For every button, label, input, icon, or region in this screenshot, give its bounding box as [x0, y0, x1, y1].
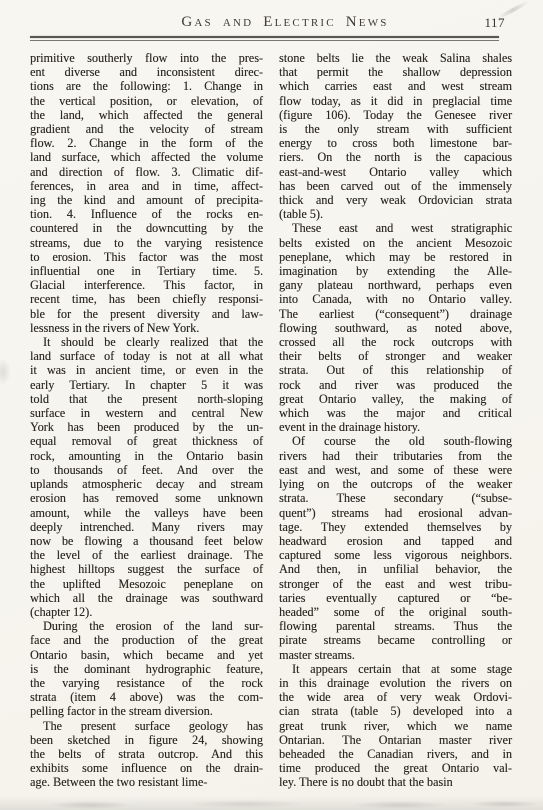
text-line: the vertical position, or elevation, of — [30, 94, 263, 108]
text-line: ent diverse and inconsistent direc- — [30, 65, 263, 79]
text-line: peneplane, which may be restored in — [279, 250, 512, 264]
paragraph: It should be clearly realized that thela… — [30, 335, 263, 619]
text-line: now be flowing a thousand feet below — [30, 534, 263, 548]
text-line: land surface of today is not at all what — [30, 349, 263, 363]
text-line: quent”) streams had erosional advan- — [279, 506, 512, 520]
text-line: ble for the present diversity and law- — [30, 307, 263, 321]
text-line: And then, in unfilial behavior, the — [279, 562, 512, 576]
text-line: thick and very weak Ordovician strata — [279, 193, 512, 207]
text-line: the wide area of very weak Ordovi- — [279, 690, 512, 704]
text-line: rock and river was produced the — [279, 378, 512, 392]
text-line: great Ontario valley, the making of — [279, 392, 512, 406]
text-line: the varying resistance of the rock — [30, 676, 263, 690]
left-column: primitive southerly flow into the pres-e… — [30, 51, 263, 790]
text-line: event in the drainage history. — [279, 420, 512, 434]
text-line: into Canada, with no Ontario valley. — [279, 292, 512, 306]
text-line: east and west, and some of these were — [279, 463, 512, 477]
text-line: is the dominant hydrographic feature, — [30, 662, 263, 676]
paragraph: During the erosion of the land sur-face … — [30, 619, 263, 718]
text-line: rivers had their tributaries from the — [279, 449, 512, 463]
paragraph: primitive southerly flow into the pres-e… — [30, 51, 263, 335]
right-column: stone belts lie the weak Salina shalesth… — [279, 51, 512, 790]
text-line: The earliest (“consequent”) drainage — [279, 307, 512, 321]
paragraph: The present surface geology hasbeen sket… — [30, 719, 263, 790]
text-line: erosion has removed some unknown — [30, 491, 263, 505]
text-line: great trunk river, which we name — [279, 719, 512, 733]
text-line: been sketched in figure 24, showing — [30, 733, 263, 747]
text-line: the uplifted Mesozoic peneplane on — [30, 577, 263, 591]
text-line: equal removal of great thickness of — [30, 434, 263, 448]
paragraph: stone belts lie the weak Salina shalesth… — [279, 51, 512, 221]
text-line: pelling factor in the stream diversion. — [30, 704, 263, 718]
text-line: has been carved out of the immensely — [279, 179, 512, 193]
text-line: ing the kind and amount of precipita- — [30, 193, 263, 207]
text-line: The present surface geology has — [30, 719, 263, 733]
text-line: is the only stream with sufficient — [279, 122, 512, 136]
text-line: surface in western and central New — [30, 406, 263, 420]
text-line: countered in the downcutting by the — [30, 221, 263, 235]
text-line: strata. Out of this relationship of — [279, 363, 512, 377]
text-line: strata (item 4 above) was the com- — [30, 690, 263, 704]
text-line: which carries east and west stream — [279, 79, 512, 93]
text-line: gany plateau northward, perhaps even — [279, 278, 512, 292]
text-line: it was in ancient time, or even in the — [30, 363, 263, 377]
text-line: early Tertiary. In chapter 5 it was — [30, 378, 263, 392]
text-line: lying on the outcrops of the weaker — [279, 477, 512, 491]
text-line: Ontarian. The Ontarian master river — [279, 733, 512, 747]
paragraph: These east and west stratigraphicbelts e… — [279, 221, 512, 434]
text-line: that permit the shallow depression — [279, 65, 512, 79]
text-line: which all the drainage was southward — [30, 591, 263, 605]
text-line: east-and-west Ontario valley which — [279, 165, 512, 179]
text-line: York has been produced by the un- — [30, 420, 263, 434]
text-line: flowing southward, as noted above, — [279, 321, 512, 335]
text-line: their belts of stronger and weaker — [279, 349, 512, 363]
text-line: flowing parental streams. Thus the — [279, 619, 512, 633]
text-line: Glacial interference. This factor, in — [30, 278, 263, 292]
text-line: cian strata (table 5) developed into a — [279, 704, 512, 718]
text-line: rock, amounting in the Ontario basin — [30, 449, 263, 463]
text-line: flow today, as it did in preglacial time — [279, 94, 512, 108]
text-line: face and the production of the great — [30, 633, 263, 647]
text-line: master streams. — [279, 648, 512, 662]
text-line: (chapter 12). — [30, 605, 263, 619]
text-line: primitive southerly flow into the pres- — [30, 51, 263, 65]
text-line: pirate streams became controlling or — [279, 633, 512, 647]
header-rule-thin-line — [30, 40, 499, 41]
text-line: (figure 106). Today the Genesee river — [279, 108, 512, 122]
text-line: It appears certain that at some stage — [279, 662, 512, 676]
scanned-page: Gas and Electric News 117 primitive sout… — [0, 0, 543, 810]
text-line: headed” some of the original south- — [279, 605, 512, 619]
text-line: (table 5). — [279, 207, 512, 221]
journal-title: Gas and Electric News — [181, 14, 388, 31]
text-line: Ontario basin, which became and yet — [30, 648, 263, 662]
text-columns: primitive southerly flow into the pres-e… — [30, 51, 512, 790]
text-line: imagination by extending the Alle- — [279, 264, 512, 278]
text-line: streams, due to the varying resistence — [30, 236, 263, 250]
text-line: lessness in the rivers of New York. — [30, 321, 263, 335]
text-line: uplands atmospheric decay and stream — [30, 477, 263, 491]
text-line: amount, while the valleys have been — [30, 506, 263, 520]
scan-artifact-band — [0, 796, 543, 810]
text-line: and direction of flow. 3. Climatic dif- — [30, 165, 263, 179]
text-line: headward erosion and tapped and — [279, 534, 512, 548]
text-line: energy to cross both limestone bar- — [279, 136, 512, 150]
text-line: Of course the old south-flowing — [279, 434, 512, 448]
text-line: to thousands of feet. And over the — [30, 463, 263, 477]
text-line: age. Between the two resistant lime- — [30, 775, 263, 789]
text-line: crossed all the rock outcrops with — [279, 335, 512, 349]
header-rule — [30, 36, 499, 41]
text-line: told that the present north-sloping — [30, 392, 263, 406]
text-line: flow. 2. Change in the form of the — [30, 136, 263, 150]
text-line: which was the major and critical — [279, 406, 512, 420]
text-line: It should be clearly realized that the — [30, 335, 263, 349]
text-line: tage. They extended themselves by — [279, 520, 512, 534]
text-line: the level of the earliest drainage. The — [30, 548, 263, 562]
paragraph: It appears certain that at some stagein … — [279, 662, 512, 790]
scan-smudge-top-right — [496, 0, 530, 20]
text-line: stronger of the east and west tribu- — [279, 577, 512, 591]
text-line: These east and west stratigraphic — [279, 221, 512, 235]
text-line: influential one in Tertiary time. 5. — [30, 264, 263, 278]
text-line: During the erosion of the land sur- — [30, 619, 263, 633]
text-line: strata. These secondary (“subse- — [279, 491, 512, 505]
paragraph: Of course the old south-flowingrivers ha… — [279, 434, 512, 661]
text-line: ferences, in area and in time, affect- — [30, 179, 263, 193]
text-line: stone belts lie the weak Salina shales — [279, 51, 512, 65]
text-line: time produced the great Ontario val- — [279, 761, 512, 775]
text-line: gradient and the velocity of stream — [30, 122, 263, 136]
text-line: in this drainage evolution the rivers on — [279, 676, 512, 690]
text-line: land surface, which affected the volume — [30, 150, 263, 164]
text-line: exhibits some influence on the drain- — [30, 761, 263, 775]
text-line: to erosion. This factor was the most — [30, 250, 263, 264]
text-line: recent time, has been chiefly responsi- — [30, 292, 263, 306]
text-line: highest hilltops suggest the surface of — [30, 562, 263, 576]
text-line: the land, which affected the general — [30, 108, 263, 122]
text-line: taries eventually captured or “be- — [279, 591, 512, 605]
text-line: riers. On the north is the capacious — [279, 150, 512, 164]
text-line: the belts of strata outcrop. And this — [30, 747, 263, 761]
text-line: tion. 4. Influence of the rocks en- — [30, 207, 263, 221]
text-line: ley. There is no doubt that the basin — [279, 775, 512, 789]
text-line: beheaded the Canadian rivers, and in — [279, 747, 512, 761]
text-line: tions are the following: 1. Change in — [30, 79, 263, 93]
scan-smudge-left-edge — [0, 358, 11, 386]
text-line: belts existed on the ancient Mesozoic — [279, 236, 512, 250]
text-line: captured some less vigorous neighbors. — [279, 548, 512, 562]
text-line: deeply intrenched. Many rivers may — [30, 520, 263, 534]
